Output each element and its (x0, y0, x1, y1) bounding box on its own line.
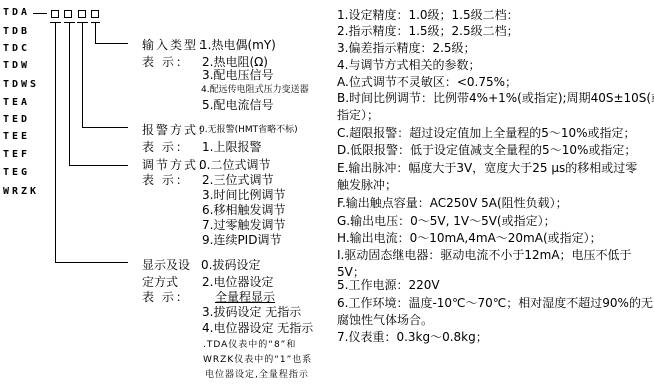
connector-control (69, 22, 70, 165)
model-code: TDC (3, 43, 30, 55)
connector-display (55, 262, 128, 263)
model-code: TEG (3, 167, 30, 179)
spec-line: 触发脉冲； (337, 178, 397, 192)
option-item: 7.过零触发调节 (202, 218, 285, 232)
connector-alarm (82, 22, 83, 127)
option-item: 全量程显示 (215, 290, 275, 304)
note-line: .TDA仪表中的“8”和 (203, 340, 296, 351)
option-item: 0.二位式调节 (199, 158, 270, 172)
spec-line: 指定）； (337, 108, 379, 122)
spec-line: E.输出脉冲：幅度大于3V，宽度大于25 μs的移相或过零 (337, 161, 637, 175)
model-code: WRZK (3, 186, 39, 198)
option-item: 3.拔码设定 无指示 (202, 305, 301, 319)
model-code: TDW (3, 60, 30, 72)
spec-line: 6.工作环境：温度-10℃～70℃；相对湿度不超过90%的无 (337, 296, 653, 310)
group-label: 定方式 (142, 275, 178, 289)
model-code: TDA (3, 7, 30, 19)
code-dash (33, 13, 47, 14)
spec-line: I.驱动固态继电器：驱动电流不小于12mA；电压不低于 (337, 248, 632, 262)
option-item: 1.上限报警 (202, 140, 261, 154)
option-item: 2.三位式调节 (202, 173, 273, 187)
spec-line: 腐蚀性气体场合。 (337, 313, 433, 327)
spec-line: F.输出触点容量：AC250V 5A(阻性负载）； (337, 196, 568, 210)
model-code: TEE (3, 131, 30, 143)
connector-control (69, 165, 128, 166)
option-item: 5.配电流信号 (202, 98, 273, 112)
spec-line: A.位式调节不灵敏区：<0.75%； (337, 75, 517, 89)
spec-line: 4.与调节方式相关的参数； (337, 58, 480, 72)
model-code: TDWS (3, 79, 39, 91)
code-box-3 (78, 10, 86, 18)
spec-line: C.超限报警：超过设定值加上全量程的5～10%或指定； (337, 126, 636, 140)
group-label: 表 示： (142, 55, 190, 69)
code-box-4 (91, 10, 99, 18)
note-line: WRZK仪表中的“1”也系 (203, 355, 312, 366)
spec-line: D.低限报警：低于设定值减支全量程的5～10%或指定； (337, 143, 636, 157)
option-item: 1.热电偶(mY) (200, 38, 276, 52)
spec-line: 1.设定精度：1.0级；1.5级二档： (337, 8, 519, 22)
spec-line: 5V； (337, 265, 365, 279)
option-item: 3.配电压信号 (202, 68, 273, 82)
option-item: 4.电位器设定 无指示 (202, 321, 313, 335)
connector-input-type (95, 22, 96, 43)
option-item: 9.连续PID调节 (202, 233, 281, 247)
group-label: 表 示： (142, 140, 190, 154)
option-item: 0.无报警(HMT省略不标) (199, 125, 298, 136)
spec-line: 3.偏差指示精度：2.5级； (337, 41, 476, 55)
spec-line: G.输出电压：0～5V, 1V～5V(或指定）； (337, 214, 556, 228)
connector-display (55, 22, 56, 262)
model-code: TDB (3, 26, 30, 38)
group-label: 表 示： (142, 290, 190, 304)
option-item: 0.拔码设定 (201, 258, 260, 272)
option-item: 3.时间比例调节 (202, 188, 285, 202)
group-label: 表 示： (142, 173, 190, 187)
option-item: 2.电位器设定 (202, 275, 273, 289)
connector-alarm (82, 127, 128, 128)
option-item: 6.移相触发调节 (202, 203, 285, 217)
connector-input-type (95, 43, 128, 44)
model-code: TEA (3, 97, 30, 109)
code-box-1 (51, 10, 59, 18)
spec-line: 5.工作电源：220V (337, 278, 440, 292)
code-box-2 (64, 10, 72, 18)
note-line: 电位器设定,全量程指示 (205, 370, 309, 381)
spec-line: B.时间比例调节：比例带4%+1%(或指定);周期40S±10S(或 (337, 91, 654, 105)
model-code: TED (3, 114, 30, 126)
spec-line: H.输出电流：0～10mA,4mA～20mA(或指定）； (337, 231, 602, 245)
model-code: TEF (3, 149, 30, 161)
spec-line: 2.指示精度：1.5级；2.5级二档； (337, 24, 519, 38)
option-item: 4.配远传电阻式压力变送器 (201, 85, 309, 96)
spec-line: 7.仪表重：0.3kg～0.8kg； (337, 330, 488, 344)
group-label: 显示及设 (142, 258, 190, 272)
option-item: 2.热电阻(Ω) (202, 55, 268, 69)
